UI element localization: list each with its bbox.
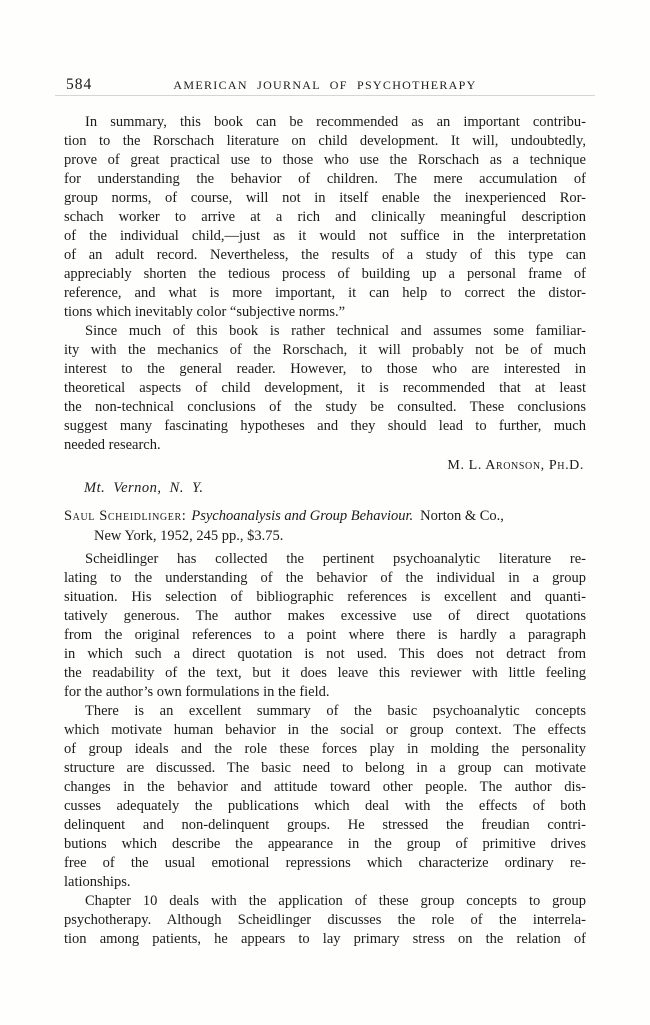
text-line: the readability of the text, but it does… — [64, 664, 586, 683]
text-line: the non-technical conclusions of the stu… — [64, 398, 586, 417]
text-line: reference, and what is more important, i… — [64, 284, 586, 303]
book-title: Psychoanalysis and Group Behaviour. — [191, 508, 413, 524]
text-line: In summary, this book can be recommended… — [64, 113, 586, 132]
text-line: of group ideals and the role these force… — [64, 740, 586, 759]
text-line: needed research. — [64, 436, 586, 455]
text-line: psychotherapy. Although Scheidlinger dis… — [64, 911, 586, 930]
text-line: for the author’s own formulations in the… — [64, 683, 586, 702]
text-line: free of the usual emotional repressions … — [64, 854, 586, 873]
text-line: delinquent and non-delinquent groups. He… — [64, 816, 586, 835]
journal-title: AMERICAN JOURNAL OF PSYCHOTHERAPY — [64, 76, 586, 93]
book-heading: Saul Scheidlinger:Psychoanalysis and Gro… — [64, 507, 586, 546]
text-line: Scheidlinger has collected the pertinent… — [64, 550, 586, 569]
text-line: appreciably shorten the tedious process … — [64, 265, 586, 284]
text-line: tatively generous. The author makes exce… — [64, 607, 586, 626]
text-line: interest to the general reader. However,… — [64, 360, 586, 379]
text-line: lating to the understanding of the behav… — [64, 569, 586, 588]
text-line: suggest many fascinating hypotheses and … — [64, 417, 586, 436]
text-line: There is an excellent summary of the bas… — [64, 702, 586, 721]
text-line: in which such a direct quotation is not … — [64, 645, 586, 664]
review-scheidlinger: Saul Scheidlinger:Psychoanalysis and Gro… — [64, 507, 586, 949]
book-author: Saul Scheidlinger: — [64, 508, 186, 524]
text-line: Chapter 10 deals with the application of… — [64, 892, 586, 911]
text-line: for understanding the behavior of childr… — [64, 170, 586, 189]
book-pub-details: New York, 1952, 245 pp., $3.75. — [64, 527, 586, 547]
paragraph: Chapter 10 deals with the application of… — [64, 892, 586, 949]
page-number: 584 — [66, 76, 92, 94]
paragraph: Since much of this book is rather techni… — [64, 322, 586, 455]
text-line: tions which inevitably color “subjective… — [64, 303, 586, 322]
book-publisher: Norton & Co., — [420, 508, 504, 524]
text-line: structure are discussed. The basic need … — [64, 759, 586, 778]
text-line: ity with the mechanics of the Rorschach,… — [64, 341, 586, 360]
header-rule — [55, 95, 595, 96]
text-line: of an adult record. Nevertheless, the re… — [64, 246, 586, 265]
text-line: theoretical aspects of child development… — [64, 379, 586, 398]
text-line: tion to the Rorschach literature on chil… — [64, 132, 586, 151]
reviewer-location: Mt. Vernon, N. Y. — [64, 479, 586, 498]
text-line: group norms, of course, will not in itse… — [64, 189, 586, 208]
book-heading-line1: Saul Scheidlinger:Psychoanalysis and Gro… — [64, 507, 586, 527]
text-line: prove of great practical use to those wh… — [64, 151, 586, 170]
text-line: schach worker to arrive at a rich and cl… — [64, 208, 586, 227]
review-aronson: In summary, this book can be recommended… — [64, 113, 586, 498]
text-line: butions which describe the appearance in… — [64, 835, 586, 854]
paragraph: In summary, this book can be recommended… — [64, 113, 586, 322]
reviewer-signature: M. L. Aronson, Ph.D. — [64, 456, 586, 475]
text-block: 584 AMERICAN JOURNAL OF PSYCHOTHERAPY In… — [64, 76, 586, 949]
text-line: changes in the behavior and attitude tow… — [64, 778, 586, 797]
paragraph: Scheidlinger has collected the pertinent… — [64, 550, 586, 702]
text-line: which motivate human behavior in the soc… — [64, 721, 586, 740]
text-line: Since much of this book is rather techni… — [64, 322, 586, 341]
text-line: tion among patients, he appears to lay p… — [64, 930, 586, 949]
text-line: of the individual child,—just as it woul… — [64, 227, 586, 246]
text-line: cusses adequately the publications which… — [64, 797, 586, 816]
text-line: from the original references to a point … — [64, 626, 586, 645]
review-aronson-body: In summary, this book can be recommended… — [64, 113, 586, 455]
page-header: 584 AMERICAN JOURNAL OF PSYCHOTHERAPY — [64, 76, 586, 93]
journal-page: 584 AMERICAN JOURNAL OF PSYCHOTHERAPY In… — [0, 0, 650, 1025]
paragraph: There is an excellent summary of the bas… — [64, 702, 586, 892]
text-line: lationships. — [64, 873, 586, 892]
text-line: situation. His selection of bibliographi… — [64, 588, 586, 607]
review-scheidlinger-body: Scheidlinger has collected the pertinent… — [64, 550, 586, 949]
